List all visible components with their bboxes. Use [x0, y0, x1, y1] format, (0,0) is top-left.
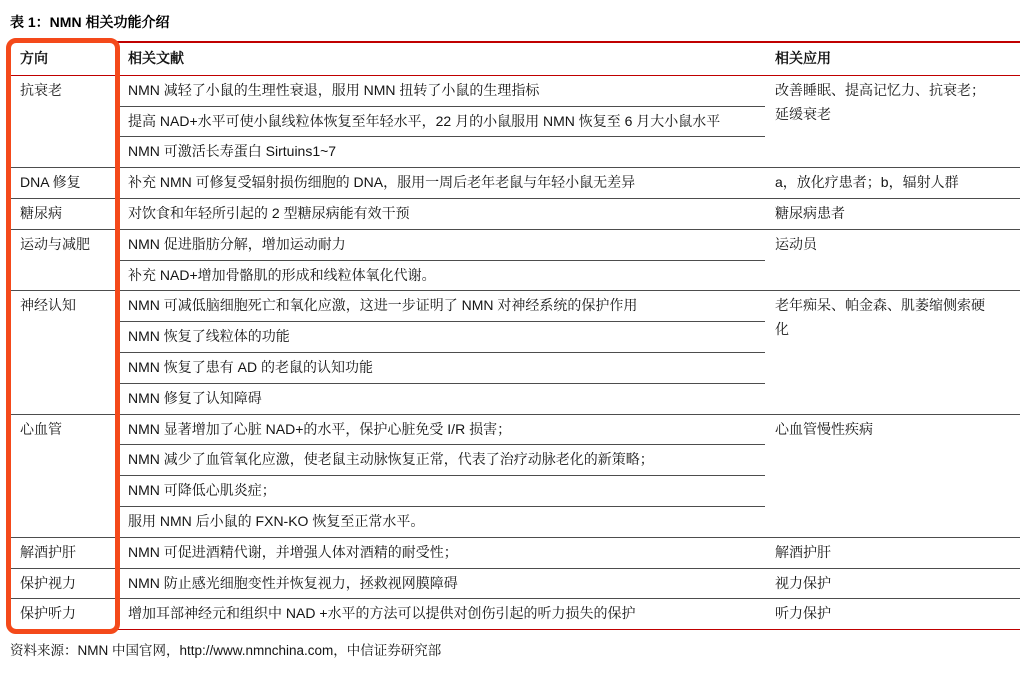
direction-cell: 运动与减肥 [10, 229, 118, 291]
table-row: 保护视力NMN 防止感光细胞变性并恢复视力，拯救视网膜障碍视力保护 [10, 568, 1020, 599]
table-row: DNA 修复补充 NMN 可修复受辐射损伤细胞的 DNA，服用一周后老年老鼠与年… [10, 168, 1020, 199]
application-cell: 糖尿病患者 [765, 198, 1020, 229]
table-container: 方向 相关文献 相关应用 抗衰老NMN 减轻了小鼠的生理性衰退，服用 NMN 扭… [10, 41, 1020, 630]
table-row: 运动与减肥NMN 促进脂肪分解，增加运动耐力运动员 [10, 229, 1020, 260]
literature-cell: NMN 可减低脑细胞死亡和氧化应激，这进一步证明了 NMN 对神经系统的保护作用 [118, 291, 765, 322]
report-page: 表 1：NMN 相关功能介绍 方向 相关文献 相关应用 抗衰老NMN 减轻了小鼠… [0, 0, 1028, 681]
literature-cell: NMN 促进脂肪分解，增加运动耐力 [118, 229, 765, 260]
direction-cell: 糖尿病 [10, 198, 118, 229]
literature-cell: 服用 NMN 后小鼠的 FXN-KO 恢复至正常水平。 [118, 506, 765, 537]
literature-cell: NMN 显著增加了心脏 NAD+的水平，保护心脏免受 I/R 损害； [118, 414, 765, 445]
table-row: 保护听力增加耳部神经元和组织中 NAD +水平的方法可以提供对创伤引起的听力损失… [10, 599, 1020, 630]
application-cell: 解酒护肝 [765, 537, 1020, 568]
direction-cell: 神经认知 [10, 291, 118, 414]
application-cell: 运动员 [765, 229, 1020, 291]
application-cell: a，放化疗患者；b，辐射人群 [765, 168, 1020, 199]
literature-cell: NMN 修复了认知障碍 [118, 383, 765, 414]
literature-cell: NMN 减少了血管氧化应激，使老鼠主动脉恢复正常，代表了治疗动脉老化的新策略； [118, 445, 765, 476]
table-title: 表 1：NMN 相关功能介绍 [10, 8, 1020, 41]
header-row: 方向 相关文献 相关应用 [10, 42, 1020, 75]
source-note: 资料来源：NMN 中国官网，http://www.nmnchina.com，中信… [10, 630, 1020, 659]
literature-cell: NMN 可促进酒精代谢，并增强人体对酒精的耐受性； [118, 537, 765, 568]
application-cell: 视力保护 [765, 568, 1020, 599]
table-row: 糖尿病对饮食和年轻所引起的 2 型糖尿病能有效干预糖尿病患者 [10, 198, 1020, 229]
application-cell: 老年痴呆、帕金森、肌萎缩侧索硬化 [765, 291, 1020, 414]
table-row: 解酒护肝NMN 可促进酒精代谢，并增强人体对酒精的耐受性；解酒护肝 [10, 537, 1020, 568]
literature-cell: 增加耳部神经元和组织中 NAD +水平的方法可以提供对创伤引起的听力损失的保护 [118, 599, 765, 630]
col-header-direction: 方向 [10, 42, 118, 75]
literature-cell: 补充 NAD+增加骨骼肌的形成和线粒体氧化代谢。 [118, 260, 765, 291]
application-cell: 听力保护 [765, 599, 1020, 630]
application-cell: 改善睡眠、提高记忆力、抗衰老；延缓衰老 [765, 75, 1020, 167]
literature-cell: 对饮食和年轻所引起的 2 型糖尿病能有效干预 [118, 198, 765, 229]
col-header-application: 相关应用 [765, 42, 1020, 75]
literature-cell: NMN 可激活长寿蛋白 Sirtuins1~7 [118, 137, 765, 168]
col-header-literature: 相关文献 [118, 42, 765, 75]
literature-cell: NMN 防止感光细胞变性并恢复视力，拯救视网膜障碍 [118, 568, 765, 599]
direction-cell: 解酒护肝 [10, 537, 118, 568]
direction-cell: 心血管 [10, 414, 118, 537]
literature-cell: NMN 恢复了线粒体的功能 [118, 322, 765, 353]
table-row: 神经认知NMN 可减低脑细胞死亡和氧化应激，这进一步证明了 NMN 对神经系统的… [10, 291, 1020, 322]
literature-cell: 提高 NAD+水平可使小鼠线粒体恢复至年轻水平，22 月的小鼠服用 NMN 恢复… [118, 106, 765, 137]
direction-cell: 保护听力 [10, 599, 118, 630]
nmn-functions-table: 方向 相关文献 相关应用 抗衰老NMN 减轻了小鼠的生理性衰退，服用 NMN 扭… [10, 41, 1020, 630]
literature-cell: NMN 可降低心肌炎症； [118, 476, 765, 507]
literature-cell: 补充 NMN 可修复受辐射损伤细胞的 DNA，服用一周后老年老鼠与年轻小鼠无差异 [118, 168, 765, 199]
literature-cell: NMN 恢复了患有 AD 的老鼠的认知功能 [118, 352, 765, 383]
table-row: 抗衰老NMN 减轻了小鼠的生理性衰退，服用 NMN 扭转了小鼠的生理指标改善睡眠… [10, 75, 1020, 106]
direction-cell: 抗衰老 [10, 75, 118, 167]
table-row: 心血管NMN 显著增加了心脏 NAD+的水平，保护心脏免受 I/R 损害；心血管… [10, 414, 1020, 445]
application-cell: 心血管慢性疾病 [765, 414, 1020, 537]
literature-cell: NMN 减轻了小鼠的生理性衰退，服用 NMN 扭转了小鼠的生理指标 [118, 75, 765, 106]
direction-cell: DNA 修复 [10, 168, 118, 199]
direction-cell: 保护视力 [10, 568, 118, 599]
